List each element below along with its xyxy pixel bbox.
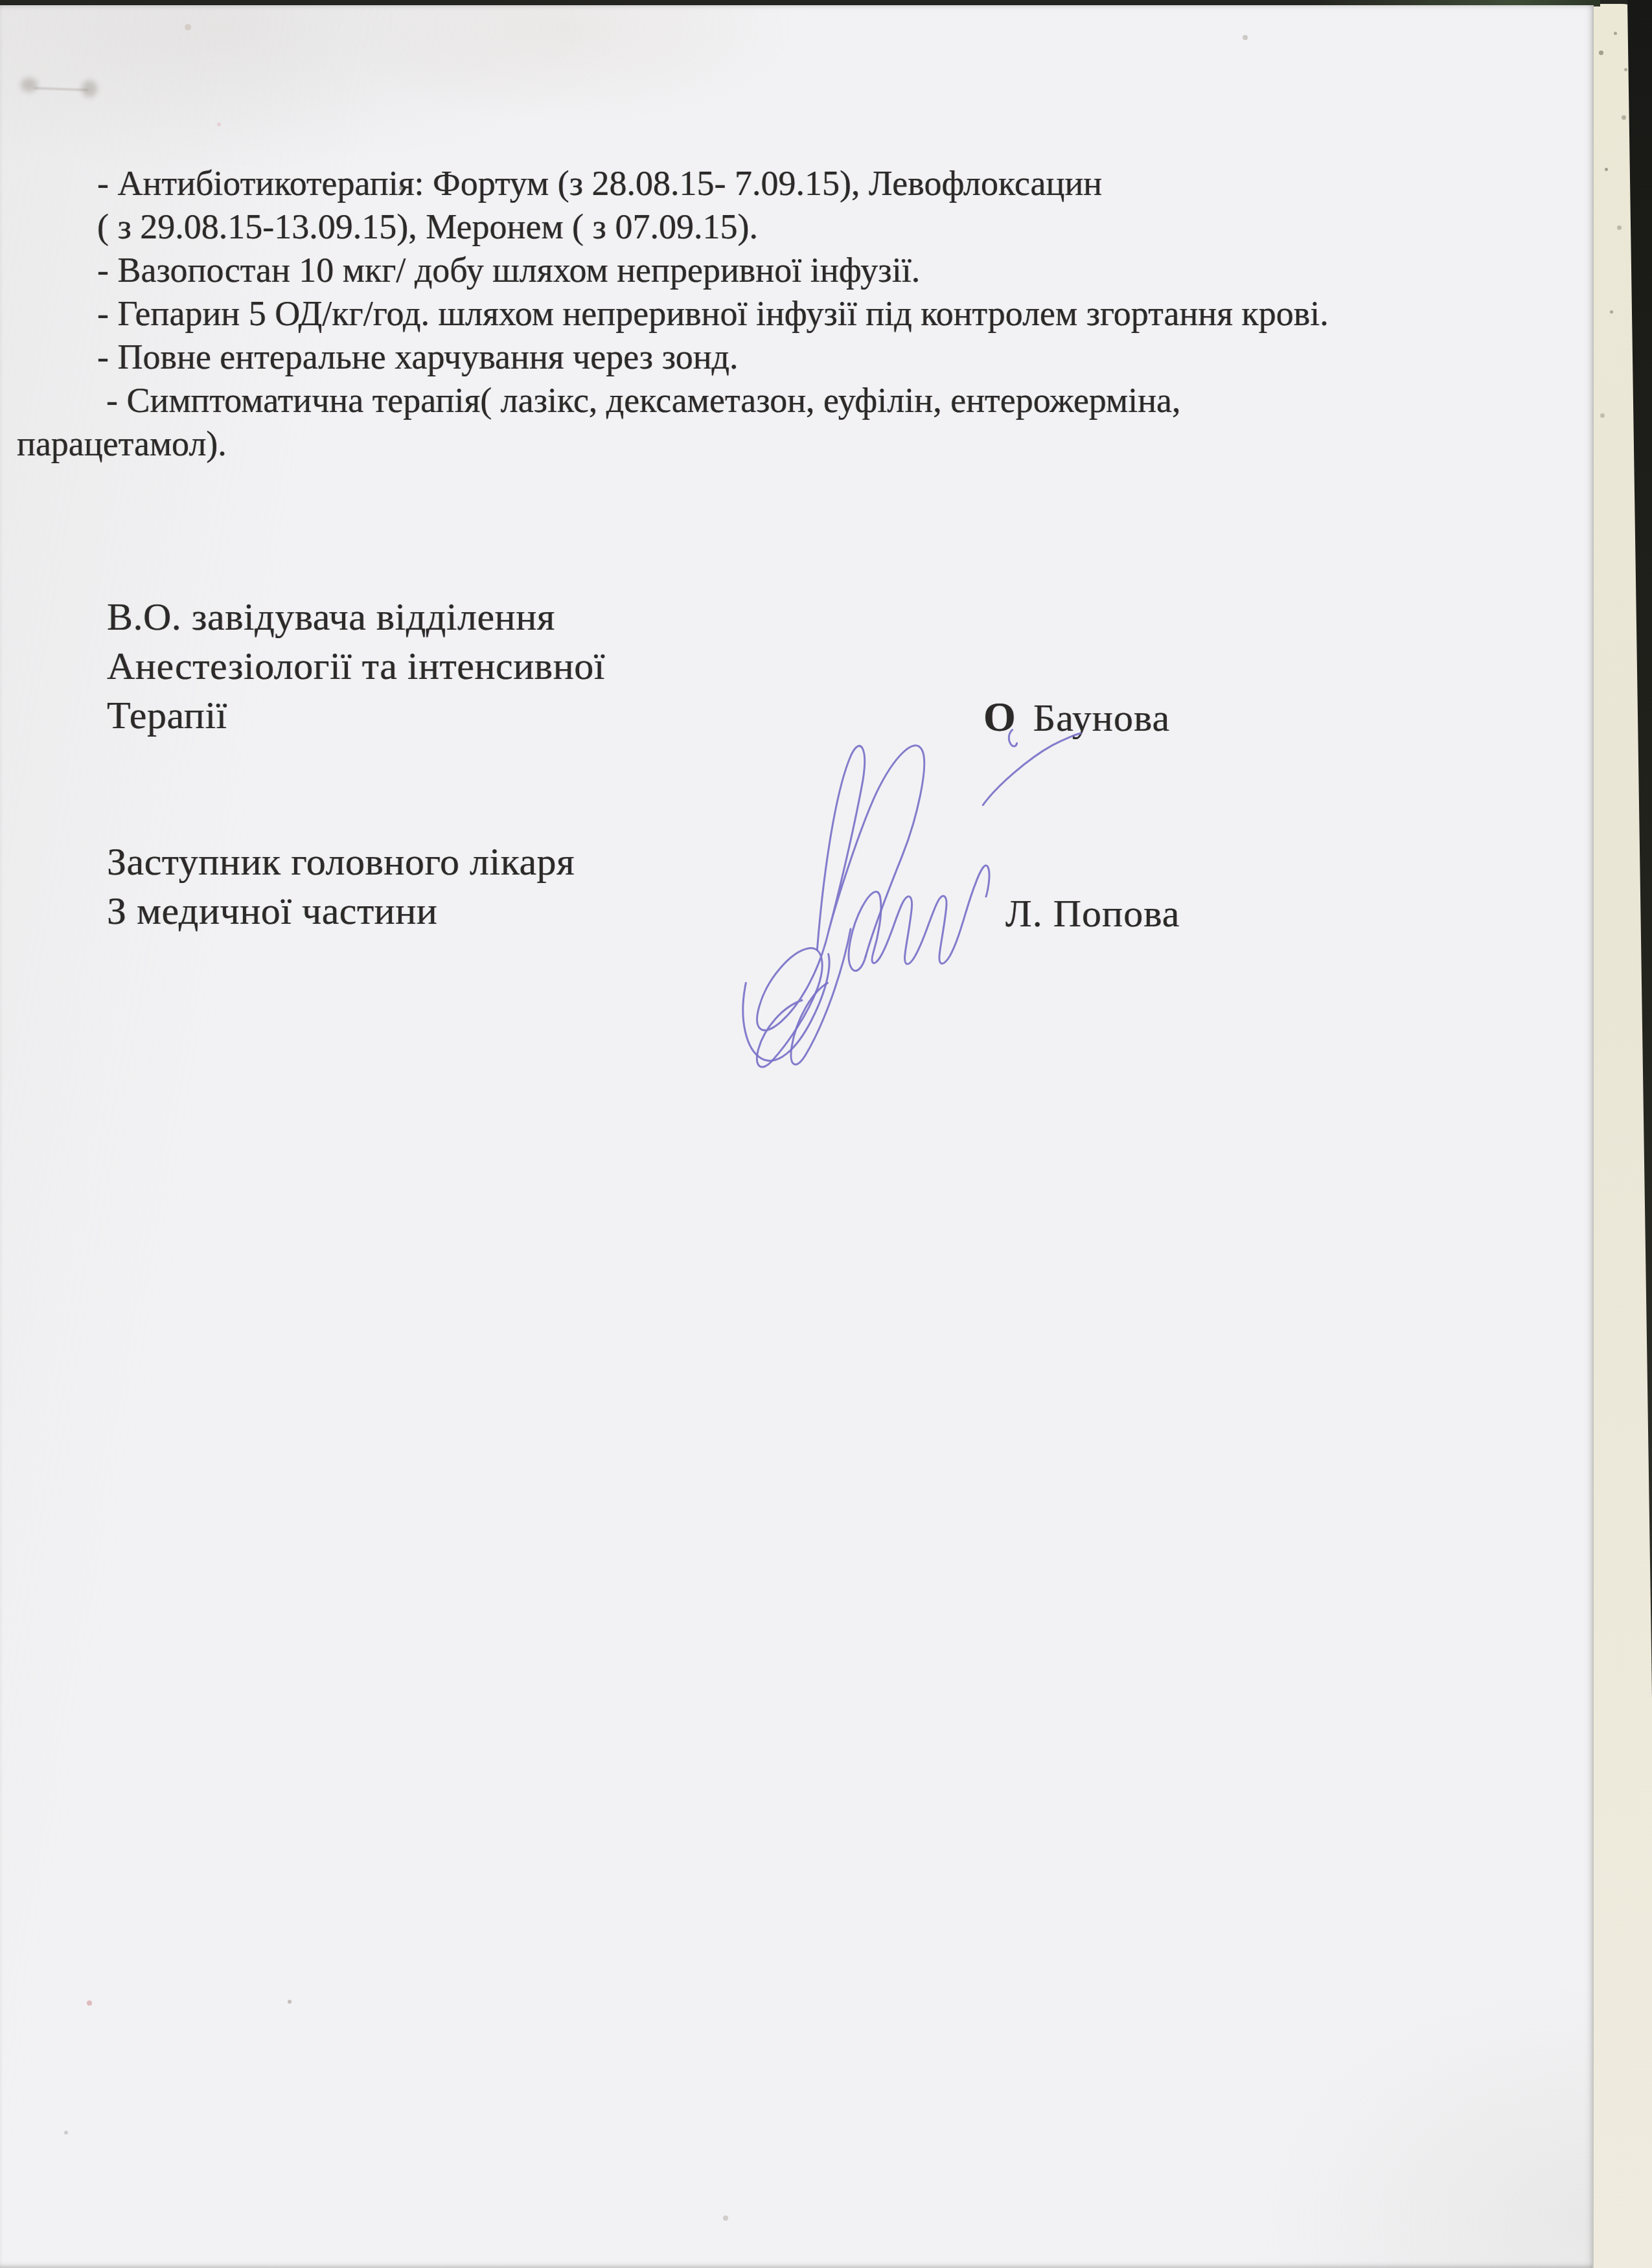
handwritten-signature-ink xyxy=(711,713,1100,1166)
treatment-line: - Антибіотикотерапія: Фортум (з 28.08.15… xyxy=(0,162,1568,205)
signatory-role-block-2: Заступник головного лікаря З медичної ча… xyxy=(107,837,575,935)
pen-smudge-mark xyxy=(21,78,38,92)
role-line: Заступник головного лікаря xyxy=(107,837,575,886)
treatment-line: парацетамол). xyxy=(0,422,1568,466)
role-line: Анестезіології та інтенсивної xyxy=(107,641,605,691)
treatment-line: - Вазопостан 10 мкг/ добу шляхом непрери… xyxy=(0,249,1568,292)
signatory-role-block-1: В.О. завідувача відділення Анестезіологі… xyxy=(107,592,605,740)
role-line: Терапії xyxy=(107,691,605,740)
role-line: В.О. завідувача відділення xyxy=(107,592,605,641)
paper-specks xyxy=(0,5,3,8)
scanned-document-page: - Антибіотикотерапія: Фортум (з 28.08.15… xyxy=(0,0,1652,2268)
treatment-line: - Симптоматична терапія( лазікс, дексаме… xyxy=(0,379,1568,422)
document-sheet: - Антибіотикотерапія: Фортум (з 28.08.15… xyxy=(0,5,1594,2268)
pen-smudge-line xyxy=(34,87,88,91)
treatment-report-text: - Антибіотикотерапія: Фортум (з 28.08.15… xyxy=(0,162,1568,466)
treatment-line: - Повне ентеральне харчування через зонд… xyxy=(0,336,1568,379)
treatment-line: ( з 29.08.15-13.09.15), Меронем ( з 07.0… xyxy=(0,205,1568,249)
treatment-line: - Гепарин 5 ОД/кг/год. шляхом непреривно… xyxy=(0,292,1568,336)
role-line: З медичної частини xyxy=(107,886,575,935)
